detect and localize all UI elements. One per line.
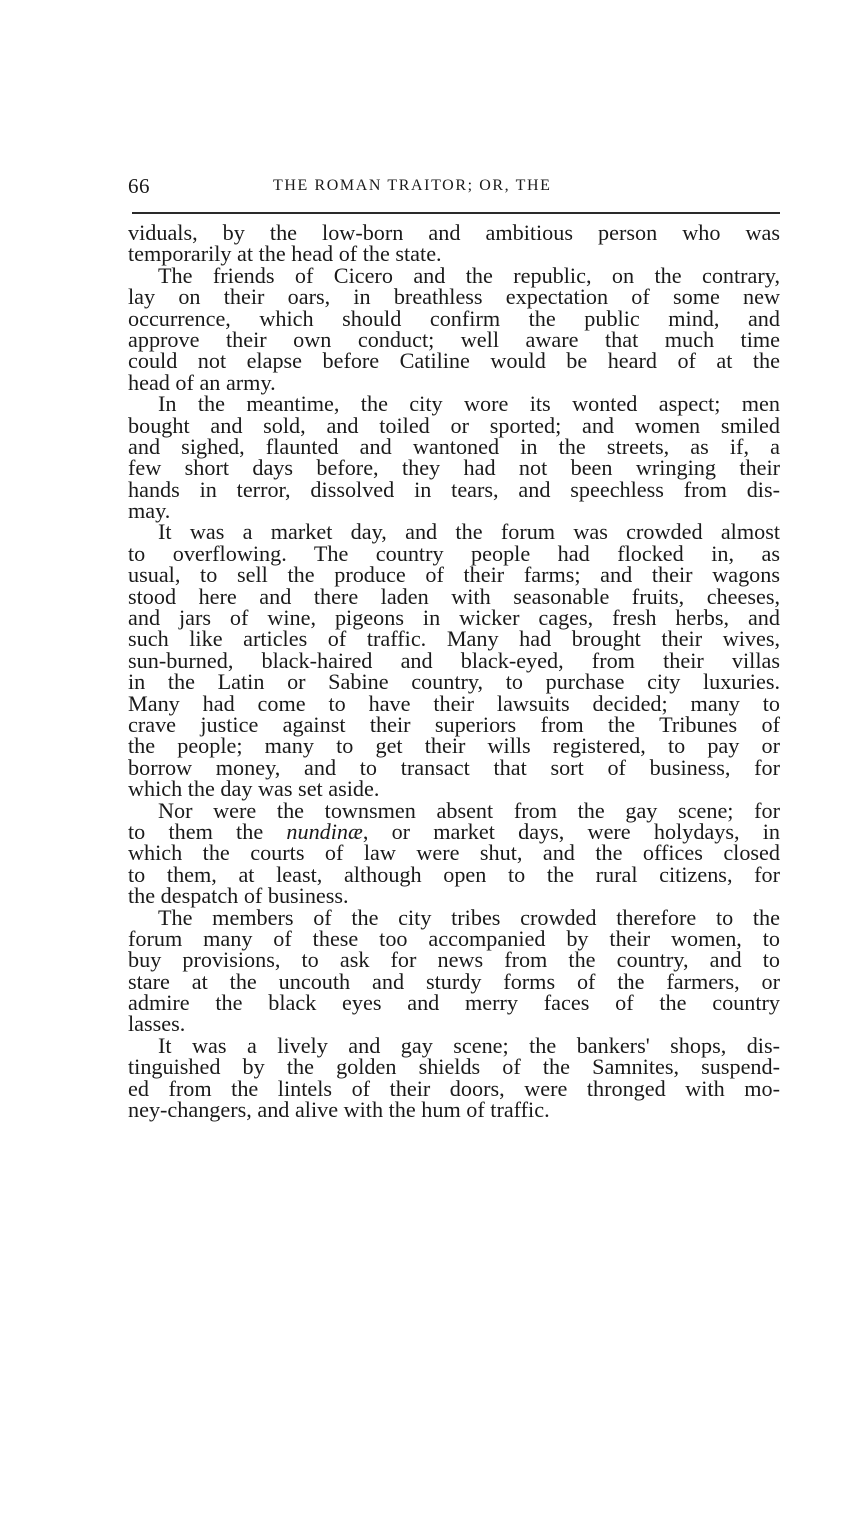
text-line: stare at the uncouth and sturdy forms of… [128, 971, 780, 992]
text-line: to overflowing. The country people had f… [128, 543, 780, 564]
text-line: stood here and there laden with seasonab… [128, 586, 780, 607]
text-line: It was a lively and gay scene; the banke… [128, 1035, 780, 1056]
text-line: to them the nundinæ, or market days, wer… [128, 821, 780, 842]
paragraph: In the meantime, the city wore its wonte… [128, 393, 780, 521]
text-line: lasses. [128, 1013, 780, 1034]
running-head: 66 THE ROMAN TRAITOR; OR, THE [128, 170, 780, 202]
text-line: temporarily at the head of the state. [128, 243, 780, 264]
text-line: occurrence, which should confirm the pub… [128, 308, 780, 329]
text-line: buy provisions, to ask for news from the… [128, 949, 780, 970]
text-line: viduals, by the low-born and ambitious p… [128, 222, 780, 243]
text-line: may. [128, 500, 780, 521]
paragraph: The friends of Cicero and the republic, … [128, 265, 780, 393]
text-line: such like articles of traffic. Many had … [128, 628, 780, 649]
text-line: head of an army. [128, 372, 780, 393]
text-line: hands in terror, dissolved in tears, and… [128, 479, 780, 500]
text-line: could not elapse before Catiline would b… [128, 350, 780, 371]
text-line: Many had come to have their lawsuits dec… [128, 693, 780, 714]
text-line: forum many of these too accompanied by t… [128, 928, 780, 949]
text-line: Nor were the townsmen absent from the ga… [128, 800, 780, 821]
page-number: 66 [128, 170, 150, 202]
text-line: which the day was set aside. [128, 778, 780, 799]
book-page: 66 THE ROMAN TRAITOR; OR, THE viduals, b… [128, 170, 780, 202]
text-line: approve their own conduct; well aware th… [128, 329, 780, 350]
text-line: In the meantime, the city wore its wonte… [128, 393, 780, 414]
text-line: crave justice against their superiors fr… [128, 714, 780, 735]
text-line: the despatch of business. [128, 885, 780, 906]
text-line: few short days before, they had not been… [128, 457, 780, 478]
text-line: and jars of wine, pigeons in wicker cage… [128, 607, 780, 628]
text-line: borrow money, and to transact that sort … [128, 757, 780, 778]
text-line: the people; many to get their wills regi… [128, 735, 780, 756]
text-line: to them, at least, although open to the … [128, 864, 780, 885]
paragraph: It was a market day, and the forum was c… [128, 521, 780, 799]
body-text: viduals, by the low-born and ambitious p… [128, 222, 780, 1120]
paragraph: It was a lively and gay scene; the banke… [128, 1035, 780, 1121]
text-line: which the courts of law were shut, and t… [128, 842, 780, 863]
text-line: sun-burned, black-haired and black-eyed,… [128, 650, 780, 671]
text-line: ed from the lintels of their doors, were… [128, 1078, 780, 1099]
text-line: admire the black eyes and merry faces of… [128, 992, 780, 1013]
running-title: THE ROMAN TRAITOR; OR, THE [273, 170, 552, 202]
paragraph: The members of the city tribes crowded t… [128, 907, 780, 1035]
header-rule [132, 212, 780, 214]
text-line: usual, to sell the produce of their farm… [128, 564, 780, 585]
paragraph: Nor were the townsmen absent from the ga… [128, 800, 780, 907]
text-line: lay on their oars, in breathless expecta… [128, 286, 780, 307]
text-line: in the Latin or Sabine country, to purch… [128, 671, 780, 692]
paragraph: viduals, by the low-born and ambitious p… [128, 222, 780, 265]
text-line: The friends of Cicero and the republic, … [128, 265, 780, 286]
text-line: tinguished by the golden shields of the … [128, 1056, 780, 1077]
text-line: ney-changers, and alive with the hum of … [128, 1099, 780, 1120]
text-line: The members of the city tribes crowded t… [128, 907, 780, 928]
text-line: and sighed, flaunted and wantoned in the… [128, 436, 780, 457]
text-line: It was a market day, and the forum was c… [128, 521, 780, 542]
text-line: bought and sold, and toiled or sported; … [128, 415, 780, 436]
